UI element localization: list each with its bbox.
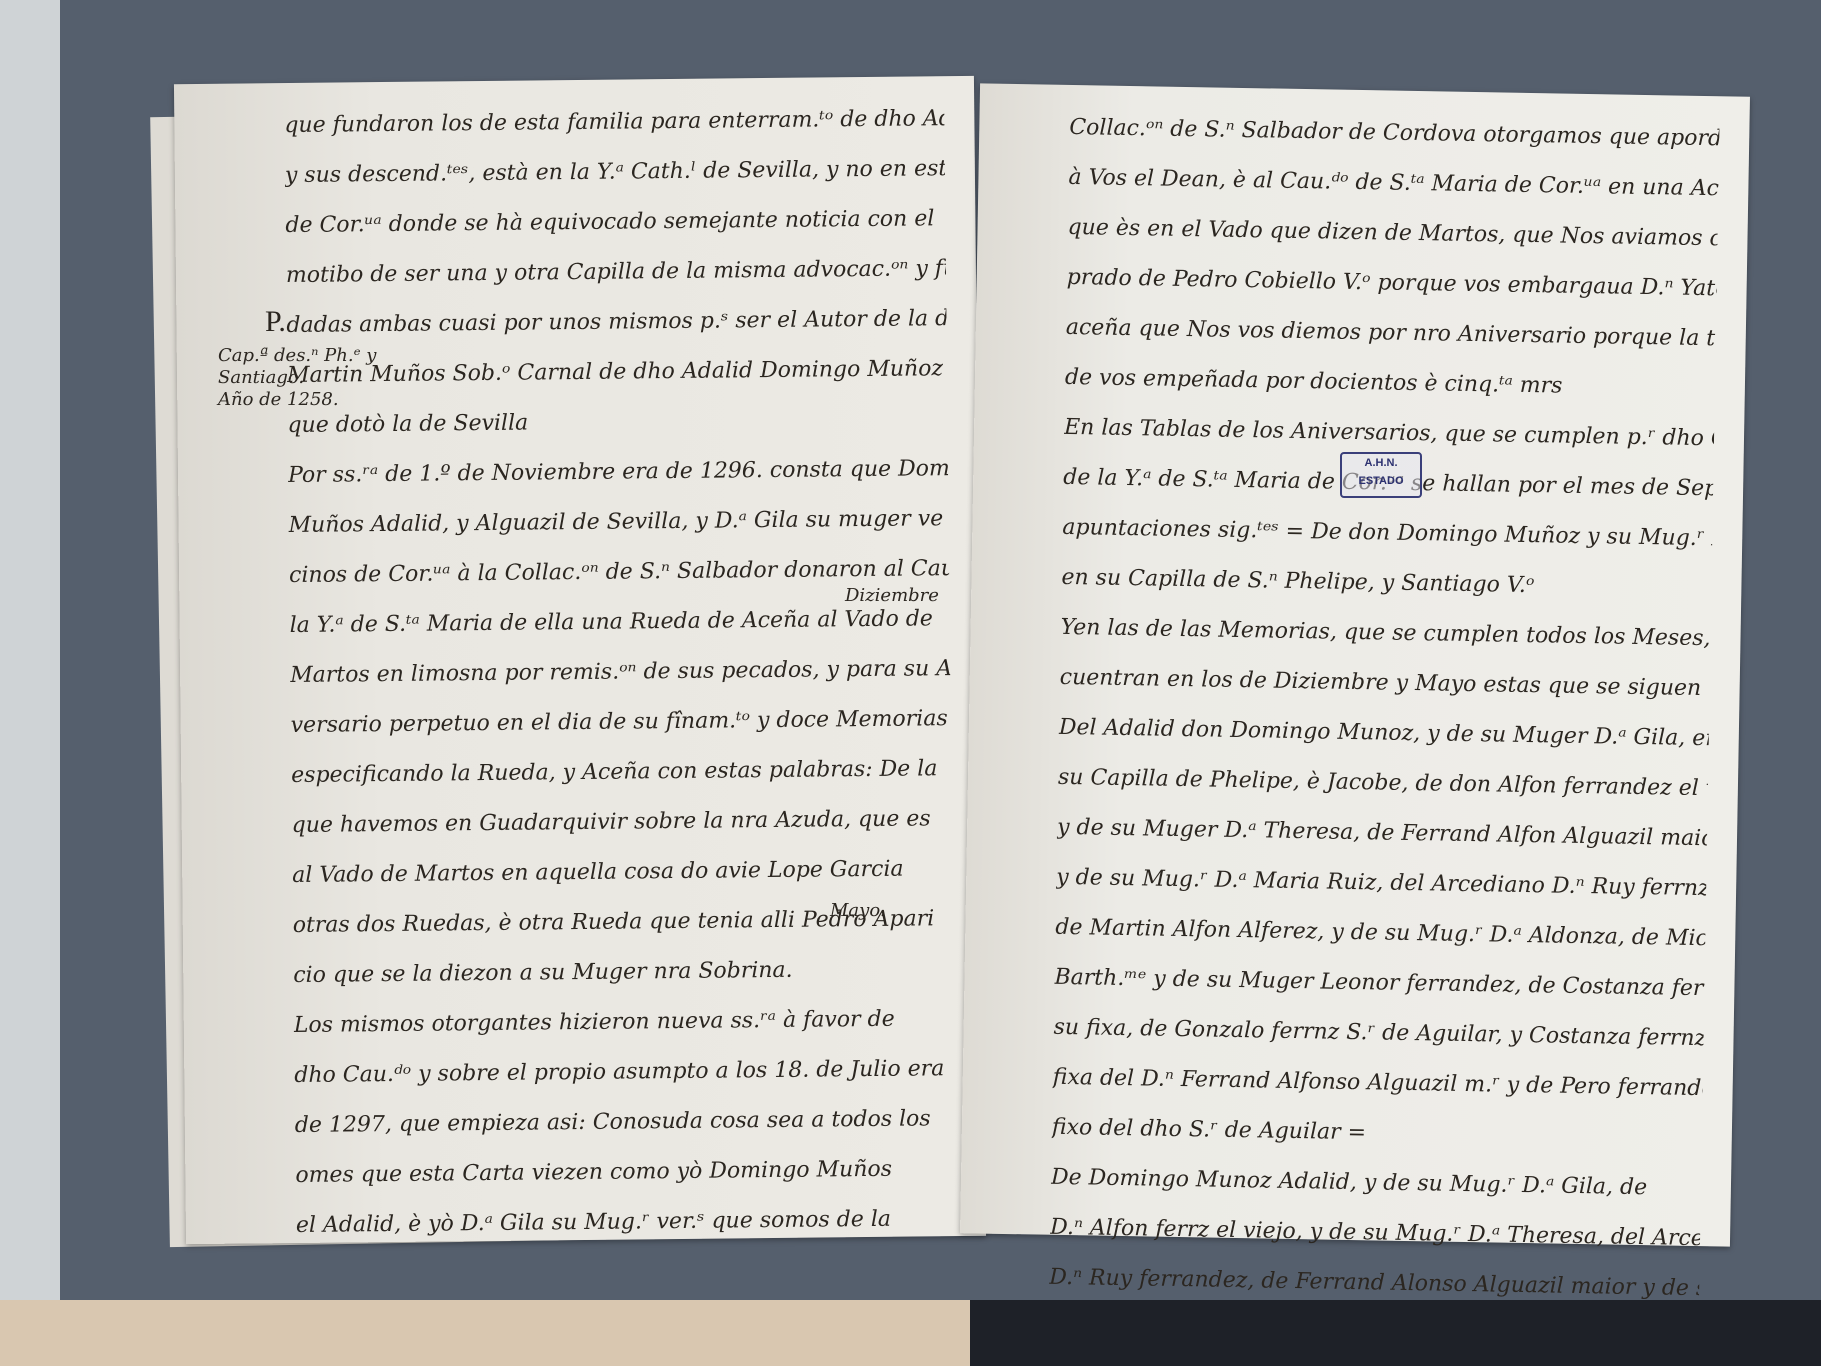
text-line: versario perpetuo en el dia de su fînam.… bbox=[290, 694, 950, 751]
right-page-text: Collac.ᵒⁿ de S.ⁿ Salbador de Cordova oto… bbox=[1049, 103, 1720, 1314]
margin-note-diziembre: Diziembre bbox=[845, 585, 939, 607]
text-line: motibo de ser una y otra Capilla de la m… bbox=[286, 244, 946, 301]
text-line: al Vado de Martos en aquella cosa do avi… bbox=[292, 844, 952, 901]
text-line: cio que se la diezon a su Muger nra Sobr… bbox=[293, 944, 953, 1001]
manuscript-book: que fundaron los de esta familia para en… bbox=[160, 80, 1750, 1240]
margin-letter: P. bbox=[265, 305, 286, 339]
margin-note-line: Cap.ª des.ⁿ Ph.ᵉ y bbox=[218, 345, 376, 367]
margin-note-line: Santiago. bbox=[218, 367, 376, 389]
text-line: omes que esta Carta viezen como yò Domin… bbox=[295, 1144, 955, 1201]
stamp-line: ESTADO bbox=[1342, 472, 1420, 490]
text-line: Muños Adalid, y Alguazil de Sevilla, y D… bbox=[288, 494, 948, 551]
text-line: Los mismos otorgantes hizieron nueva ss.… bbox=[294, 994, 954, 1051]
text-line: Por ss.ʳᵃ de 1.º de Noviembre era de 129… bbox=[288, 444, 948, 501]
right-page: Collac.ᵒⁿ de S.ⁿ Salbador de Cordova oto… bbox=[960, 83, 1750, 1246]
text-line: de 1297, que empieza asi: Conosuda cosa … bbox=[295, 1094, 955, 1151]
text-line: dho Cau.ᵈᵒ y sobre el propio asumpto a l… bbox=[294, 1044, 954, 1101]
stamp-line: A.H.N. bbox=[1342, 454, 1420, 472]
text-line: y sus descend.ᵗᵉˢ, està en la Y.ᵃ Cath.ˡ… bbox=[285, 144, 945, 201]
desk-surface-bottom bbox=[0, 1300, 1000, 1366]
left-page-text: que fundaron los de esta familia para en… bbox=[284, 94, 956, 1251]
text-line: Martos en limosna por remis.ᵒⁿ de sus pe… bbox=[290, 644, 950, 701]
margin-note-line: Año de 1258. bbox=[218, 389, 376, 411]
text-line: el Adalid, è yò D.ᵃ Gila su Mug.ʳ ver.ˢ … bbox=[296, 1194, 956, 1251]
text-line: de Cor.ᵘᵃ donde se hà equivocado semejan… bbox=[285, 194, 945, 251]
left-page: que fundaron los de esta familia para en… bbox=[174, 76, 986, 1244]
margin-note: Cap.ª des.ⁿ Ph.ᵉ y Santiago. Año de 1258… bbox=[218, 345, 376, 411]
text-line: que fundaron los de esta familia para en… bbox=[284, 94, 944, 151]
text-line: que havemos en Guadarquivir sobre la nra… bbox=[291, 794, 951, 851]
text-line: especificando la Rueda, y Aceña con esta… bbox=[291, 744, 951, 801]
text-line: dadas ambas cuasi por unos mismos p.ˢ se… bbox=[286, 294, 946, 351]
archive-stamp: A.H.N. ESTADO bbox=[1340, 452, 1422, 498]
text-line: Martin Muños Sob.ᵒ Carnal de dho Adalid … bbox=[287, 344, 947, 401]
text-line: que dotò la de Sevilla bbox=[287, 394, 947, 451]
margin-note-mayo: Mayo. bbox=[830, 900, 886, 922]
